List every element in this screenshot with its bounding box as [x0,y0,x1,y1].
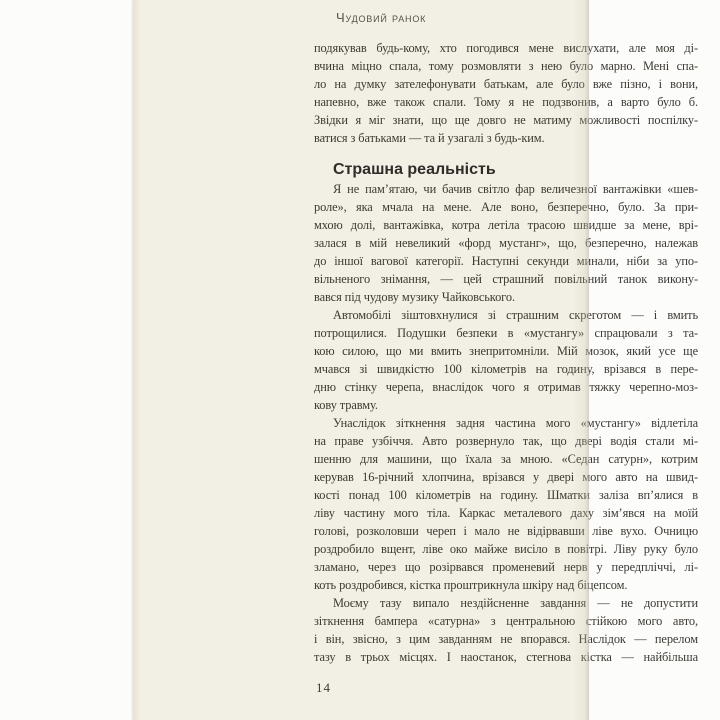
text-line: кості понад 100 кілометрів на годину. Шм… [314,486,698,504]
text-line: ватися з батьками — та й узагалі з будь-… [314,129,698,147]
text-line: залася в мій невеликий «форд мустанг», щ… [314,234,698,252]
text-line: мчався зі швидкістю 100 кілометрів на го… [314,360,698,378]
page-number: 14 [316,680,331,696]
text-line: до іншої вагової категорії. Наступні сек… [314,252,698,270]
paragraph-collision: Автомобілі зіштовхнулися зі страшним скр… [314,306,698,414]
text-line: Звідки я міг знати, що ще довго не матим… [314,111,698,129]
text-line: і він, звісно, з цим завданням не впорав… [314,630,698,648]
text-line: Автомобілі зіштовхнулися зі страшним скр… [314,306,698,324]
running-head: Чудовий ранок [336,10,426,25]
text-column: подякував будь-кому, хто погодився мене … [314,39,698,666]
text-line: коть роздробився, кістка проштрикнула шк… [314,576,698,594]
paragraph-crash-intro: Я не пам’ятаю, чи бачив світло фар велич… [314,180,698,306]
text-line: подякував будь-кому, хто погодився мене … [314,39,698,57]
text-line: потрощилися. Подушки безпеки в «мустангу… [314,324,698,342]
opening-paragraph: подякував будь-кому, хто погодився мене … [314,39,698,147]
text-line: шенню для машини, що їхала за мною. «Сед… [314,450,698,468]
text-line: роле», яка мчала на мене. Але воно, безп… [314,198,698,216]
text-line: голові, розколовши череп і мало не відір… [314,522,698,540]
text-line: напевно, вже також спали. Тому я не подз… [314,93,698,111]
text-line: кою силою, що ми вмить знепритомніли. Мі… [314,342,698,360]
paragraph-pelvis: Моєму тазу випало нездійсненне завдання … [314,594,698,666]
text-line: тазу в трьох місцях. І наостанок, стегно… [314,648,698,666]
text-line: ліву частину мого тіла. Каркас металевог… [314,504,698,522]
text-line: мхою долі, вантажівка, котра летіла трас… [314,216,698,234]
section-heading: Страшна реальність [314,160,698,180]
paragraph-injuries: Унаслідок зіткнення задня частина мого «… [314,414,698,594]
text-line: на праве узбіччя. Авто розвернуло так, щ… [314,432,698,450]
text-line: вільненого знімання, — цей страшний пові… [314,270,698,288]
text-line: зламано, через що розірвався променевий … [314,558,698,576]
text-line: керував 16-річний хлопчина, врізався у д… [314,468,698,486]
text-line: Моєму тазу випало нездійсненне завдання … [314,594,698,612]
text-line: кову травму. [314,396,698,414]
text-line: дню стінку черепа, внаслідок чого я отри… [314,378,698,396]
text-line: Я не пам’ятаю, чи бачив світло фар велич… [314,180,698,198]
text-line: зіткнення бампера «сатурна» з центрально… [314,612,698,630]
text-line: Унаслідок зіткнення задня частина мого «… [314,414,698,432]
text-line: вчина міцно спала, тому розмовляти з нею… [314,57,698,75]
text-line: вався під чудову музику Чайковського. [314,288,698,306]
text-line: ло на думку зателефонувати батькам, але … [314,75,698,93]
book-page: Чудовий ранок подякував будь-кому, хто п… [133,0,589,720]
text-line: роздробило вщент, ліве око майже висіло … [314,540,698,558]
